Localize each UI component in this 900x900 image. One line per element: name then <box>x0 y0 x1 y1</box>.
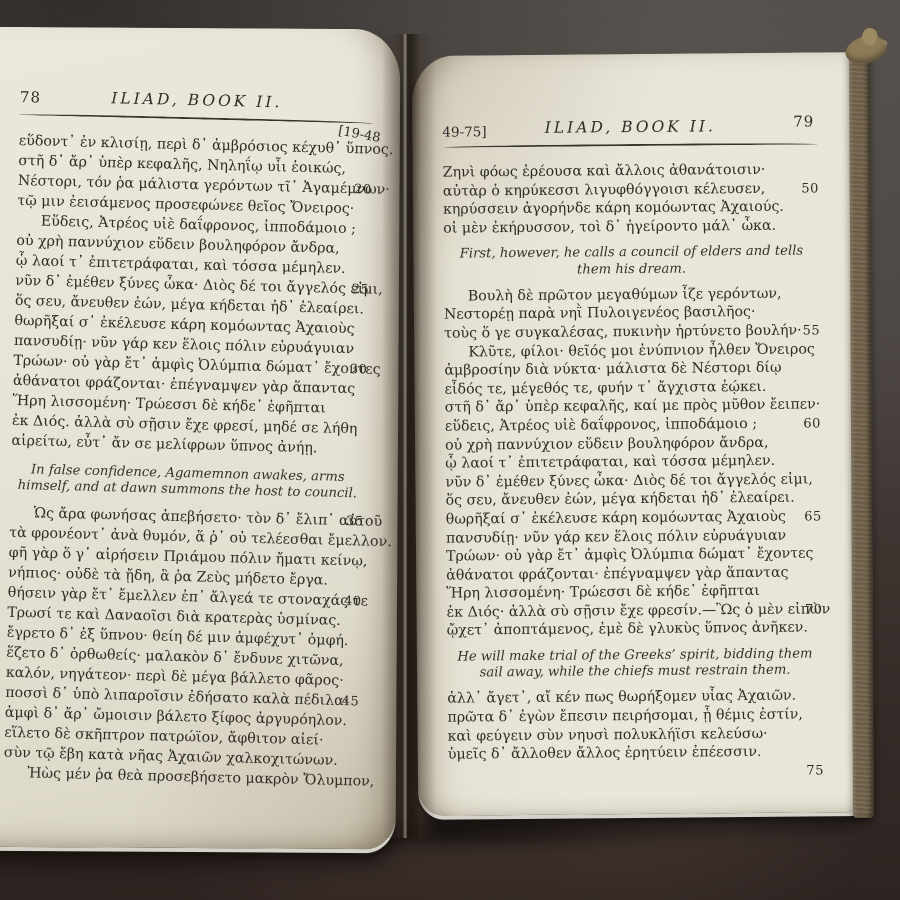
verse-line-number: 20 <box>354 180 372 200</box>
left-page: 78 ILIAD, BOOK II. [19-48 εὕδοντ᾽ ἐν κλι… <box>0 27 401 850</box>
verse-line-number: 35 <box>346 512 364 532</box>
left-running-title: ILIAD, BOOK II. <box>20 87 374 114</box>
verse-line: οἱ μὲν ἐκήρυσσον, τοὶ δ᾽ ἠγείροντο μάλ᾽ … <box>443 216 819 238</box>
verse-line: ᾤχετ᾽ ἀποπτάμενος, ἐμὲ δὲ γλυκὺς ὕπνος ἀ… <box>447 619 823 641</box>
verse-text: κηρύσσειν ἀγορήνδε κάρη κομόωντας Ἀχαιού… <box>443 199 784 218</box>
verse-text: ἀθάνατοι φράζονται· ἐπέγναμψεν γὰρ ἅπαντ… <box>446 564 788 583</box>
verse-text: ᾤχετ᾽ ἀποπτάμενος, ἐμὲ δὲ γλυκὺς ὕπνος ἀ… <box>447 620 808 639</box>
verse-text: ὅς σευ, ἄνευθεν ἐών, μέγα κήδεται ἠδ᾽ ἐλ… <box>446 490 795 509</box>
section-summary: First, however, he calls a council of el… <box>443 244 819 280</box>
verse-text: πρῶτα δ᾽ ἐγὼν ἔπεσιν πειρήσομαι, ᾗ θέμις… <box>447 707 803 726</box>
cover-cloth-edge <box>849 50 874 818</box>
right-page: 49-75] ILIAD, BOOK II. 79 Ζηνὶ φόως ἐρέο… <box>412 52 861 816</box>
verse-text: οἱ μὲν ἐκήρυσσον, τοὶ δ᾽ ἠγείροντο μάλ᾽ … <box>443 218 776 237</box>
book-gutter-shadow <box>382 34 436 838</box>
right-page-number: 79 <box>793 112 814 130</box>
verse-text: καὶ φεύγειν σὺν νηυσὶ πολυκλήϊσι κελεύσω… <box>448 726 768 745</box>
left-page-header: 78 ILIAD, BOOK II. <box>20 87 374 116</box>
verse-line-number: 70 <box>805 601 823 620</box>
verse-line-number: 25 <box>351 280 369 300</box>
verse-line-number: 30 <box>350 360 368 380</box>
verse-text: Ζηνὶ φόως ἐρέουσα καὶ ἄλλοις ἀθανάτοισιν… <box>443 162 766 181</box>
section-summary: In false confidence, Agamemnon awakes, a… <box>12 462 363 503</box>
verse-text: αὐτὰρ ὁ κηρύκεσσι λιγυφθόγγοισι κέλευσεν… <box>443 180 766 199</box>
verse-text: θωρῆξαί σ᾽ ἐκέλευσε κάρη κομόωντας Ἀχαιο… <box>446 509 786 528</box>
verse-text: στῆ δ᾽ ἄρ᾽ ὑπὲρ κεφαλῆς, καί με πρὸς μῦθ… <box>445 397 821 416</box>
verse-line-number: 40 <box>344 592 362 612</box>
left-page-content: 78 ILIAD, BOOK II. [19-48 εὕδοντ᾽ ἐν κλι… <box>2 87 374 841</box>
verse-line-number: 65 <box>804 508 822 527</box>
verse-text: πανσυδίῃ· νῦν γάρ κεν ἕλοις πόλιν εὐρυάγ… <box>446 527 786 546</box>
verse-line: ὑμεῖς δ᾽ ἄλλοθεν ἄλλος ἐρητύειν ἐπέεσσιν… <box>448 743 824 765</box>
verse-line-number: 60 <box>803 415 821 434</box>
verse-text: αἱρείτω, εὖτ᾽ ἄν σε μελίφρων ὕπνος ἀνήῃ. <box>11 433 317 456</box>
section-summary: He will make trial of the Greeks’ spirit… <box>447 646 823 682</box>
verse-line-number: 45 <box>341 692 359 712</box>
verse-text: Νεστορέῃ παρὰ νηῒ Πυλοιγενέος βασιλῆος· <box>444 304 756 323</box>
verse-text: Τρώων· οὐ γὰρ ἔτ᾽ ἀμφὶς Ὀλύμπια δώματ᾽ ἔ… <box>446 546 813 565</box>
left-header-rule <box>19 113 373 124</box>
verse-text: Κλῦτε, φίλοι· θεῖός μοι ἐνύπνιον ἦλθεν Ὄ… <box>468 341 815 360</box>
verse-line-number: 55 <box>802 322 820 341</box>
verse-text: Ἥρη λισσομένη· Τρώεσσι δὲ κήδε᾽ ἐφῆπται <box>446 583 760 602</box>
right-page-header: 49-75] ILIAD, BOOK II. 79 <box>442 116 818 139</box>
verse-text: ὑμεῖς δ᾽ ἄλλοθεν ἄλλος ἐρητύειν ἐπέεσσιν… <box>448 744 762 763</box>
verse-line-number: 50 <box>801 180 819 199</box>
verse-text: εἶδός τε, μέγεθός τε, φυήν τ᾽ ἄγχιστα ἐῴ… <box>445 379 767 398</box>
right-running-title: ILIAD, BOOK II. <box>442 116 818 137</box>
verse-text: τοὺς ὅ γε συγκαλέσας, πυκινὴν ἠρτύνετο β… <box>444 323 802 342</box>
verse-text: νῦν δ᾽ ἐμέθεν ξύνες ὦκα· Διὸς δέ τοι ἄγγ… <box>445 471 813 490</box>
verse-text: οὐ χρὴ παννύχιον εὕδειν βουληφόρον ἄνδρα… <box>445 434 768 453</box>
verse-text: ἐκ Διός· ἀλλὰ σὺ σῇσιν ἔχε φρεσίν.—Ὣς ὁ … <box>446 601 830 620</box>
right-header-rule <box>442 142 818 147</box>
verse-text: Βουλὴ δὲ πρῶτον μεγαθύμων ἷζε γερόντων, <box>468 286 782 305</box>
verse-text: ἀμβροσίην διὰ νύκτα· μάλιστα δὲ Νέστορι … <box>444 360 781 379</box>
left-verse-block: εὕδοντ᾽ ἐν κλισίῃ, περὶ δ᾽ ἀμβρόσιος κέχ… <box>3 131 373 792</box>
verse-text: εὕδεις, Ἀτρέος υἱὲ δαΐφρονος, ἱπποδάμοιο… <box>445 416 757 435</box>
verse-text: ἀλλ᾽ ἄγετ᾽, αἴ κέν πως θωρήξομεν υἷας Ἀχ… <box>447 688 796 707</box>
right-verse-block: Ζηνὶ φόως ἐρέουσα καὶ ἄλλοις ἀθανάτοισιν… <box>443 160 824 764</box>
right-page-content: 49-75] ILIAD, BOOK II. 79 Ζηνὶ φόως ἐρέο… <box>442 116 824 801</box>
verse-text: ᾧ λαοί τ᾽ ἐπιτετράφαται, καὶ τόσσα μέμηλ… <box>445 453 775 472</box>
photo-of-open-book: 78 ILIAD, BOOK II. [19-48 εὕδοντ᾽ ἐν κλι… <box>0 0 900 900</box>
verse-line-number: 75 <box>806 762 824 781</box>
